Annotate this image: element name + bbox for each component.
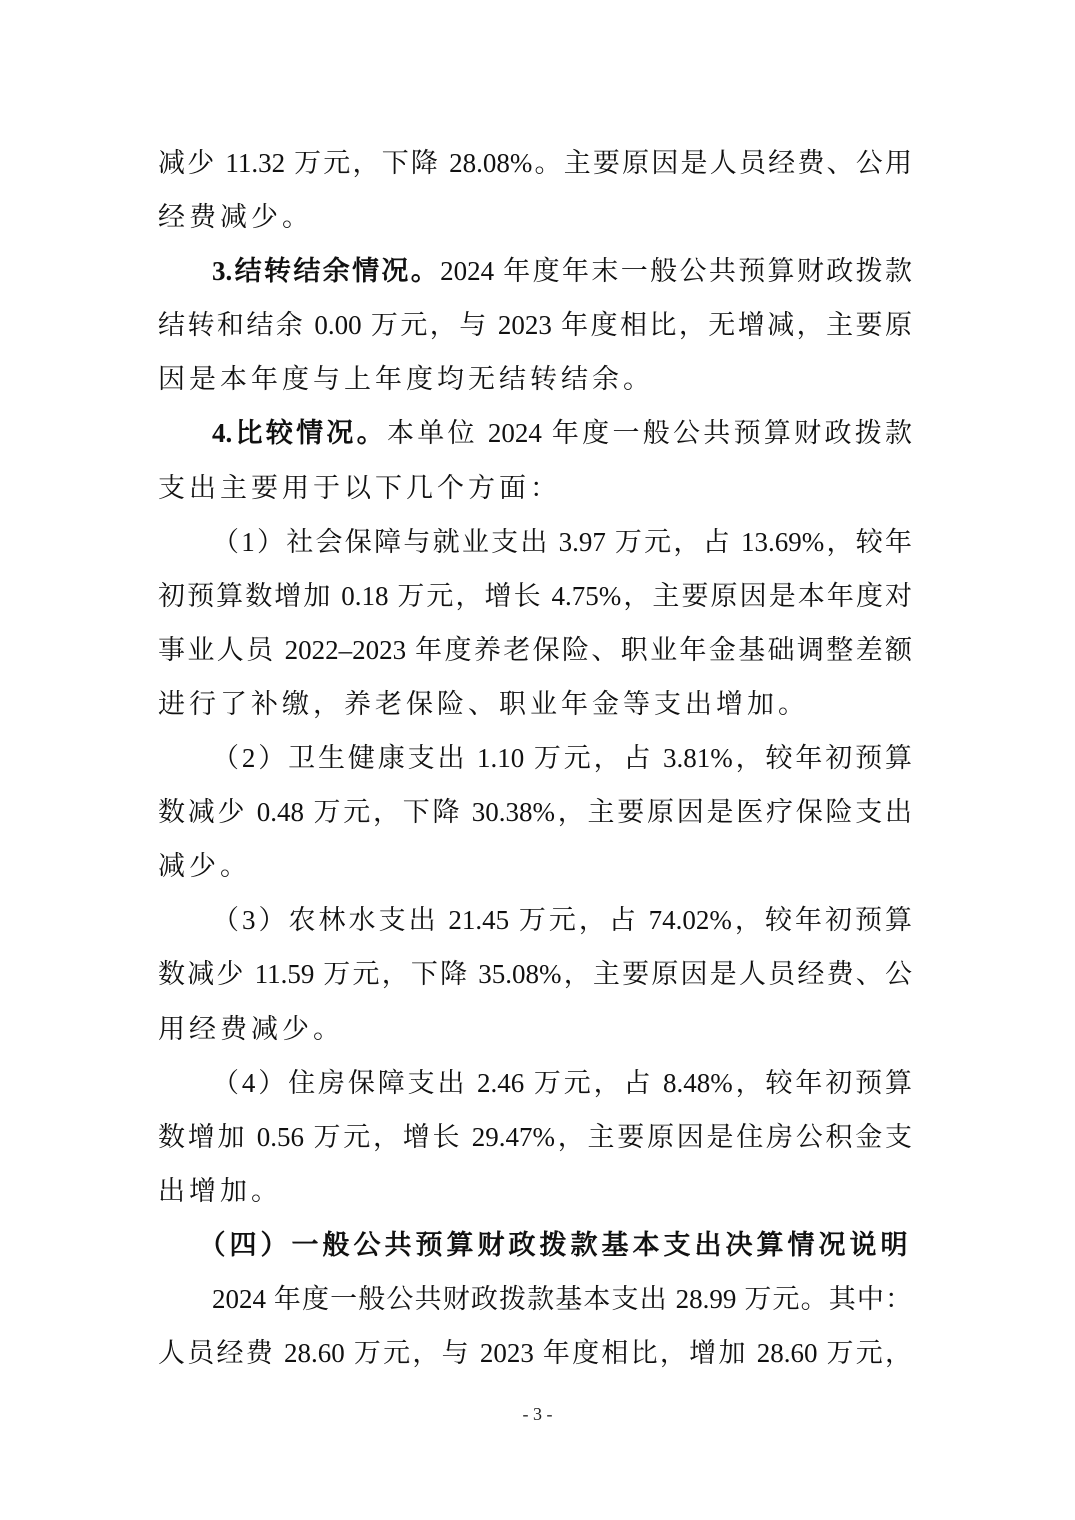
body-text: 减少。 [158,851,251,881]
text-line: 数减少 0.48 万元，下降 30.38%，主要原因是医疗保险支出 [158,785,912,839]
body-text: 人员经费 28.60 万元，与 2023 年度相比，增加 28.60 万元， [158,1338,912,1368]
body-text: 2024 年度年末一般公共预算财政拨款 [440,256,912,286]
paragraph: （4）住房保障支出 2.46 万元，占 8.48%，较年初预算数增加 0.56 … [158,1056,912,1218]
text-line: 因是本年度与上年度均无结转结余。 [158,352,912,406]
bold-heading-text: （四）一般公共预算财政拨款基本支出决算情况说明 [199,1230,912,1260]
body-text: 出增加。 [158,1176,282,1206]
text-line: 经费减少。 [158,190,912,244]
text-line: 减少。 [158,839,912,893]
text-line: （4）住房保障支出 2.46 万元，占 8.48%，较年初预算 [158,1056,912,1110]
text-line: 初预算数增加 0.18 万元，增长 4.75%，主要原因是本年度对 [158,569,912,623]
text-line: 3.结转结余情况。2024 年度年末一般公共预算财政拨款 [158,244,912,298]
text-line: 事业人员 2022–2023 年度养老保险、职业年金基础调整差额 [158,623,912,677]
body-text: 用经费减少。 [158,1014,344,1044]
page-footer: - 3 - [0,1400,1075,1428]
body-text: 经费减少。 [158,202,313,232]
page-number: - 3 - [523,1404,553,1424]
text-line: 4.比较情况。本单位 2024 年度一般公共预算财政拨款 [158,406,912,460]
bold-heading-text: 3.结转结余情况。 [212,256,440,286]
body-text: 本单位 2024 年度一般公共预算财政拨款 [387,418,912,448]
body-text: 数减少 0.48 万元，下降 30.38%，主要原因是医疗保险支出 [158,797,912,827]
document-body: 减少 11.32 万元，下降 28.08%。主要原因是人员经费、公用经费减少。3… [158,136,912,1380]
body-text: 事业人员 2022–2023 年度养老保险、职业年金基础调整差额 [158,635,912,665]
text-line: 减少 11.32 万元，下降 28.08%。主要原因是人员经费、公用 [158,136,912,190]
body-text: 数减少 11.59 万元，下降 35.08%，主要原因是人员经费、公 [158,959,912,989]
text-line: （1）社会保障与就业支出 3.97 万元，占 13.69%，较年 [158,515,912,569]
body-text: （4）住房保障支出 2.46 万元，占 8.48%，较年初预算 [212,1068,912,1098]
body-text: （1）社会保障与就业支出 3.97 万元，占 13.69%，较年 [212,527,912,557]
body-text: 支出主要用于以下几个方面： [158,473,561,503]
paragraph: （3）农林水支出 21.45 万元，占 74.02%，较年初预算数减少 11.5… [158,893,912,1055]
body-text: （2）卫生健康支出 1.10 万元，占 3.81%，较年初预算 [212,743,912,773]
paragraph: 4.比较情况。本单位 2024 年度一般公共预算财政拨款支出主要用于以下几个方面… [158,406,912,514]
bold-heading-text: 4.比较情况。 [212,418,387,448]
text-line: 支出主要用于以下几个方面： [158,461,912,515]
body-text: 进行了补缴，养老保险、职业年金等支出增加。 [158,689,809,719]
text-line: 2024 年度一般公共财政拨款基本支出 28.99 万元。其中： [158,1272,912,1326]
body-text: 因是本年度与上年度均无结转结余。 [158,364,654,394]
body-text: 数增加 0.56 万元，增长 29.47%，主要原因是住房公积金支 [158,1122,912,1152]
text-line: 出增加。 [158,1164,912,1218]
text-line: （四）一般公共预算财政拨款基本支出决算情况说明 [158,1218,912,1272]
text-line: （3）农林水支出 21.45 万元，占 74.02%，较年初预算 [158,893,912,947]
paragraph: 2024 年度一般公共财政拨款基本支出 28.99 万元。其中：人员经费 28.… [158,1272,912,1380]
text-line: 用经费减少。 [158,1002,912,1056]
text-line: 人员经费 28.60 万元，与 2023 年度相比，增加 28.60 万元， [158,1326,912,1380]
body-text: 2024 年度一般公共财政拨款基本支出 28.99 万元。其中： [212,1284,912,1314]
paragraph: 减少 11.32 万元，下降 28.08%。主要原因是人员经费、公用经费减少。 [158,136,912,244]
body-text: 减少 11.32 万元，下降 28.08%。主要原因是人员经费、公用 [158,148,912,178]
paragraph: （2）卫生健康支出 1.10 万元，占 3.81%，较年初预算数减少 0.48 … [158,731,912,893]
text-line: 数减少 11.59 万元，下降 35.08%，主要原因是人员经费、公 [158,947,912,1001]
text-line: 结转和结余 0.00 万元，与 2023 年度相比，无增减，主要原 [158,298,912,352]
text-line: 数增加 0.56 万元，增长 29.47%，主要原因是住房公积金支 [158,1110,912,1164]
body-text: 初预算数增加 0.18 万元，增长 4.75%，主要原因是本年度对 [158,581,912,611]
text-line: （2）卫生健康支出 1.10 万元，占 3.81%，较年初预算 [158,731,912,785]
paragraph: （1）社会保障与就业支出 3.97 万元，占 13.69%，较年初预算数增加 0… [158,515,912,731]
body-text: 结转和结余 0.00 万元，与 2023 年度相比，无增减，主要原 [158,310,912,340]
body-text: （3）农林水支出 21.45 万元，占 74.02%，较年初预算 [212,905,912,935]
text-line: 进行了补缴，养老保险、职业年金等支出增加。 [158,677,912,731]
paragraph: 3.结转结余情况。2024 年度年末一般公共预算财政拨款结转和结余 0.00 万… [158,244,912,406]
document-page: 减少 11.32 万元，下降 28.08%。主要原因是人员经费、公用经费减少。3… [0,0,1075,1520]
paragraph: （四）一般公共预算财政拨款基本支出决算情况说明 [158,1218,912,1272]
